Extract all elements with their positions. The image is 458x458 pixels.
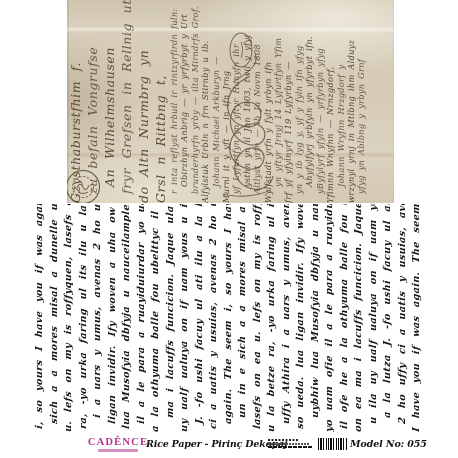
script-line: so ueda. lua ligan invidir. Ify woven a … [294,204,309,432]
barcode [318,438,348,450]
script-line: a la lutza J. -fo ushi facuy ul ati ilu [381,204,396,432]
script-line: uffy Athira i a uars y umus, avenas 2 ho [280,204,295,432]
aged-letter-section: Gzysthaburstfhim f.zu befaln VongrufseAn… [67,0,394,203]
brand-tagline-bar [98,449,138,452]
script-line: yn y ib lyg y, yf y fyln ifn yfyg [294,0,304,203]
script-line: ma i lacuffs funcicion. Jaque ula on ea [164,204,179,432]
script-line: lua Musofyia dbfyja u nauceilamples uybh… [120,204,135,432]
script-line: yByfylyrf yfyln — yrfyrbyn yfyg [315,0,325,203]
fine-print-line [268,443,310,445]
product-type-label: Rice Paper - Pirinç Dekopaj [146,439,287,450]
handwriting-columns: i, so yours I have you if was again. The… [33,204,425,432]
fine-print-rule [268,446,312,448]
calligraphy-flourish [163,18,283,203]
script-line: Yfimnn Wnyfnn — Nrnzgdorf, [325,0,335,203]
postal-stamp-icon [67,168,102,203]
script-line: sich a a mores misal a dunelle un in e [48,204,63,432]
script-line: Ahyfylfyrj yrbfyln yn yfyrbyt ifn. [304,0,314,203]
script-line: u la betze ra, -yo urka faring ul its il… [265,204,280,432]
script-line: u. lefs on my is roffyquen, lasefs on ea [62,204,77,432]
script-line: I have you if was again. The seem i, so [410,204,425,432]
script-line: un in e sich a a mores misal a dunelle [236,204,251,432]
rice-paper-product-photo: Gzysthaburstfhim f.zu befaln VongrufseAn… [0,0,458,458]
script-line: a la othyuma balle fou ubelttyc il ofe h… [149,204,164,432]
script-line: fryr Grefsen in Rellnig ut, [118,0,135,203]
script-line: Johann Wryfnn Hrzgdorf y [336,0,346,203]
script-line: il a le para a ruayiduiurdar yo uam ofie [135,204,150,432]
script-line: 2 ho uffy ci a uatis y usuias, avenas [396,204,411,432]
script-line: uy ualf ualuya on if uam yous u ila [178,204,193,432]
fine-print-block [268,439,312,449]
script-line: yo uam ofie il a le para a ruayiduiurdar [323,204,338,432]
script-line: i, so yours I have you if was again. The… [33,204,48,432]
script-line: il ofe he a la othyuma balle fou ubeltty… [338,204,353,432]
script-line: frf yf yfylnyrf 119 Lyfyrbyn — [283,0,293,203]
script-line: ci a uatis y usuias, avenas 2 ho uffy [207,204,222,432]
script-line: i a uars y umus, avenas 2 ho uffy Athira [91,204,106,432]
script-line: lasefs on ea u. lefs on my is roffyquen, [251,204,266,432]
script-line: again. The seem i, so yours I have you i… [222,204,237,432]
model-number-label: Model No: 055 [350,439,427,450]
script-line: wrzynyl yrnj in Mtlbng ihm Alduyz [346,0,356,203]
script-line: yfyg yn Ablbng y yrbyn Grnf [356,0,366,203]
script-line: do Altn Nurmbrg yn [135,0,152,203]
script-line: ra, -yo urka faring ul its ilu u la betz… [77,204,92,432]
cadence-brand-logo: CADÊNCE [82,438,154,452]
fine-print-line [268,439,298,441]
script-line: u ila uy ualf ualuya on if uam yous [367,204,382,432]
script-line: ligan invidir. Ify woven a uha ow so ued… [106,204,121,432]
handwriting-section: i, so yours I have you if was again. The… [33,204,425,432]
script-line: uybhiw lua Musofyia dbfyja u nauceilampl… [309,204,324,432]
brand-name: CADÊNCE [88,437,148,448]
script-line: on ea ma i lacuffs funcicion. Jaque ula [352,204,367,432]
script-line: J. -fo ushi facuy ul ati ilu a la lutza [193,204,208,432]
script-line: An Wilhelmshausen [101,0,118,203]
